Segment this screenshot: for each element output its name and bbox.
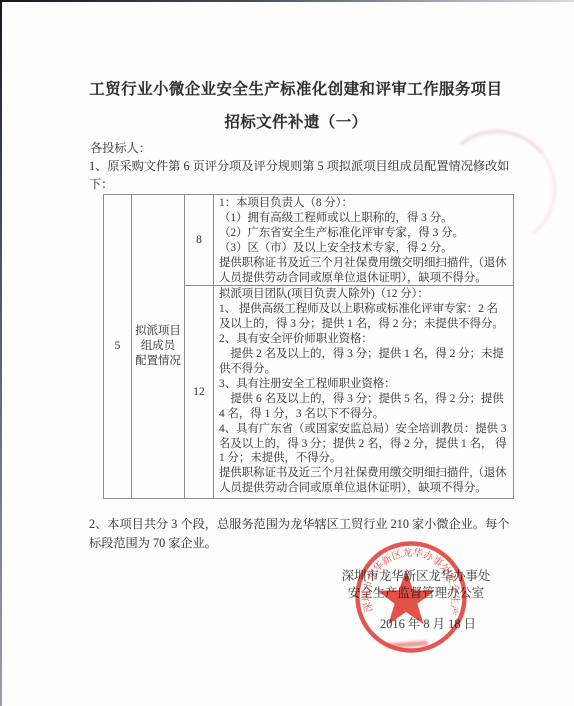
scanned-document-page: 工贸行业小微企业安全生产标准化创建和评审工作服务项目 招标文件补遗（一） 各投标… xyxy=(0,0,574,706)
scan-edge-top xyxy=(0,0,574,2)
criteria-cell-team: 拟派项目团队(项目负责人除外)（12 分）： 1、 提供高级工程师及以上职称或标… xyxy=(214,286,514,499)
score-cell-team: 12 xyxy=(185,286,214,499)
document-subtitle: 招标文件补遗（一） xyxy=(0,110,574,132)
salutation: 各投标人： xyxy=(90,139,151,157)
table-row: 5 拟派项目 组成员 配置情况 8 1：本项目负责人（8 分）： （1）拥有高级… xyxy=(104,195,514,286)
row-number-cell: 5 xyxy=(104,195,132,499)
category-cell: 拟派项目 组成员 配置情况 xyxy=(132,195,185,499)
scan-edge-left xyxy=(0,0,2,706)
criteria-cell-leader: 1：本项目负责人（8 分）： （1）拥有高级工程师或以上职称的，得 3 分。 （… xyxy=(214,195,514,286)
seal-star-icon xyxy=(378,570,435,624)
official-seal: 深圳市龙华新区龙华办事处安全生产监督管理办公室 xyxy=(346,532,476,662)
score-cell-leader: 8 xyxy=(185,195,214,286)
document-title: 工贸行业小微企业安全生产标准化创建和评审工作服务项目 xyxy=(0,77,574,99)
score-table: 5 拟派项目 组成员 配置情况 8 1：本项目负责人（8 分）： （1）拥有高级… xyxy=(103,194,514,499)
paragraph-item-1: 1、原采购文件第 6 页评分项及评分规则第 5 项拟派项目组成员配置情况修改如下… xyxy=(89,157,513,193)
